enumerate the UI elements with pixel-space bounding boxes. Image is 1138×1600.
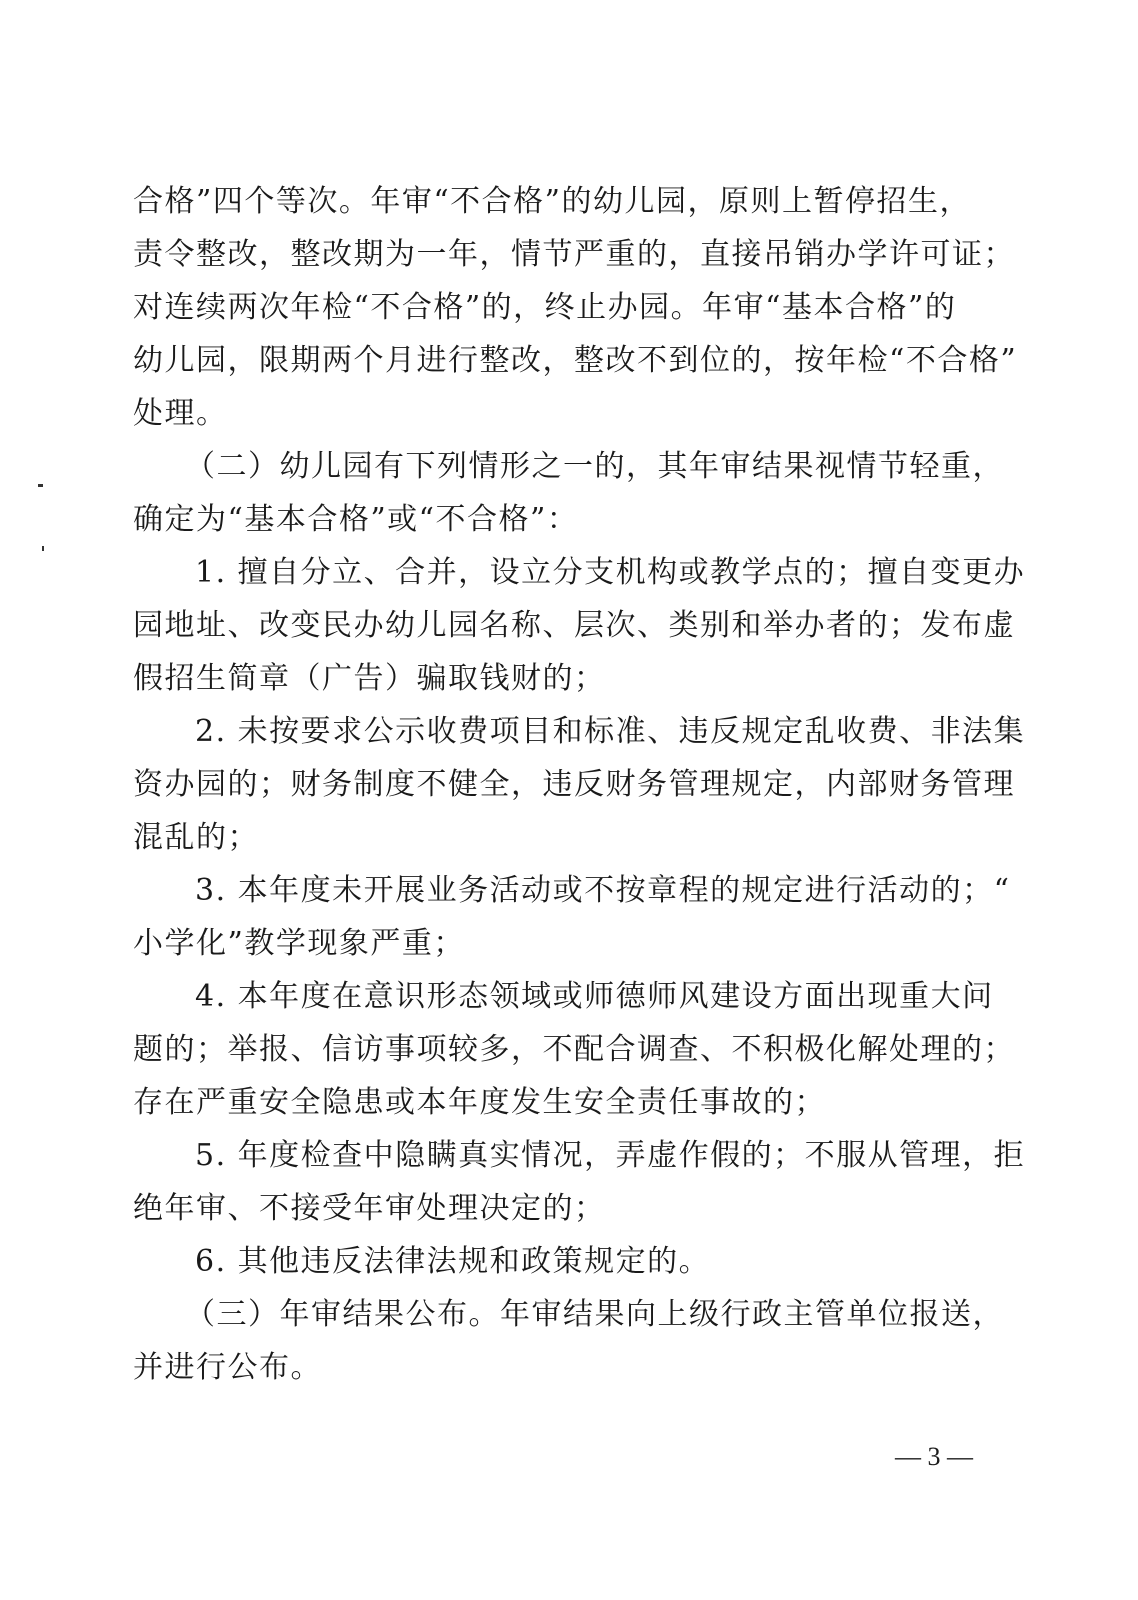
section-heading-2: （二）幼儿园有下列情形之一的，其年审结果视情节轻重， — [185, 449, 1065, 485]
text-line: 确定为“基本合格”或“不合格”： — [133, 502, 1013, 538]
text-line: 绝年审、不接受年审处理决定的； — [133, 1191, 1013, 1227]
text-line: 处理。 — [133, 396, 1013, 432]
scan-mark — [38, 484, 43, 487]
text-line: 并进行公布。 — [133, 1350, 1013, 1386]
text-line: 资办园的；财务制度不健全，违反财务管理规定，内部财务管理 — [133, 767, 1013, 803]
text-line: 混乱的； — [133, 820, 1013, 856]
list-item-6: 6. 其他违反法律法规和政策规定的。 — [195, 1244, 1075, 1280]
list-item-2: 2. 未按要求公示收费项目和标准、违反规定乱收费、非法集 — [195, 714, 1075, 750]
text-line: 合格”四个等次。年审“不合格”的幼儿园，原则上暂停招生， — [133, 184, 1013, 220]
list-item-3: 3. 本年度未开展业务活动或不按章程的规定进行活动的；“ — [195, 873, 1075, 909]
document-page: 合格”四个等次。年审“不合格”的幼儿园，原则上暂停招生， 责令整改，整改期为一年… — [0, 0, 1138, 1600]
text-line: 小学化”教学现象严重； — [133, 926, 1013, 962]
text-line: 对连续两次年检“不合格”的，终止办园。年审“基本合格”的 — [133, 290, 1013, 326]
text-line: 存在严重安全隐患或本年度发生安全责任事故的； — [133, 1085, 1013, 1121]
list-item-4: 4. 本年度在意识形态领域或师德师风建设方面出现重大问 — [195, 979, 1075, 1015]
text-line: 园地址、改变民办幼儿园名称、层次、类别和举办者的；发布虚 — [133, 608, 1013, 644]
scan-mark — [42, 546, 44, 551]
list-item-1: 1. 擅自分立、合并，设立分支机构或教学点的；擅自变更办 — [195, 555, 1075, 591]
text-line: 题的；举报、信访事项较多，不配合调查、不积极化解处理的； — [133, 1032, 1013, 1068]
section-heading-3: （三）年审结果公布。年审结果向上级行政主管单位报送， — [185, 1297, 1065, 1333]
text-line: 幼儿园，限期两个月进行整改，整改不到位的，按年检“不合格” — [133, 343, 1013, 379]
list-item-5: 5. 年度检查中隐瞒真实情况，弄虚作假的；不服从管理，拒 — [195, 1138, 1075, 1174]
page-number: — 3 — — [895, 1442, 973, 1472]
text-line: 责令整改，整改期为一年，情节严重的，直接吊销办学许可证； — [133, 237, 1013, 273]
text-line: 假招生简章（广告）骗取钱财的； — [133, 661, 1013, 697]
